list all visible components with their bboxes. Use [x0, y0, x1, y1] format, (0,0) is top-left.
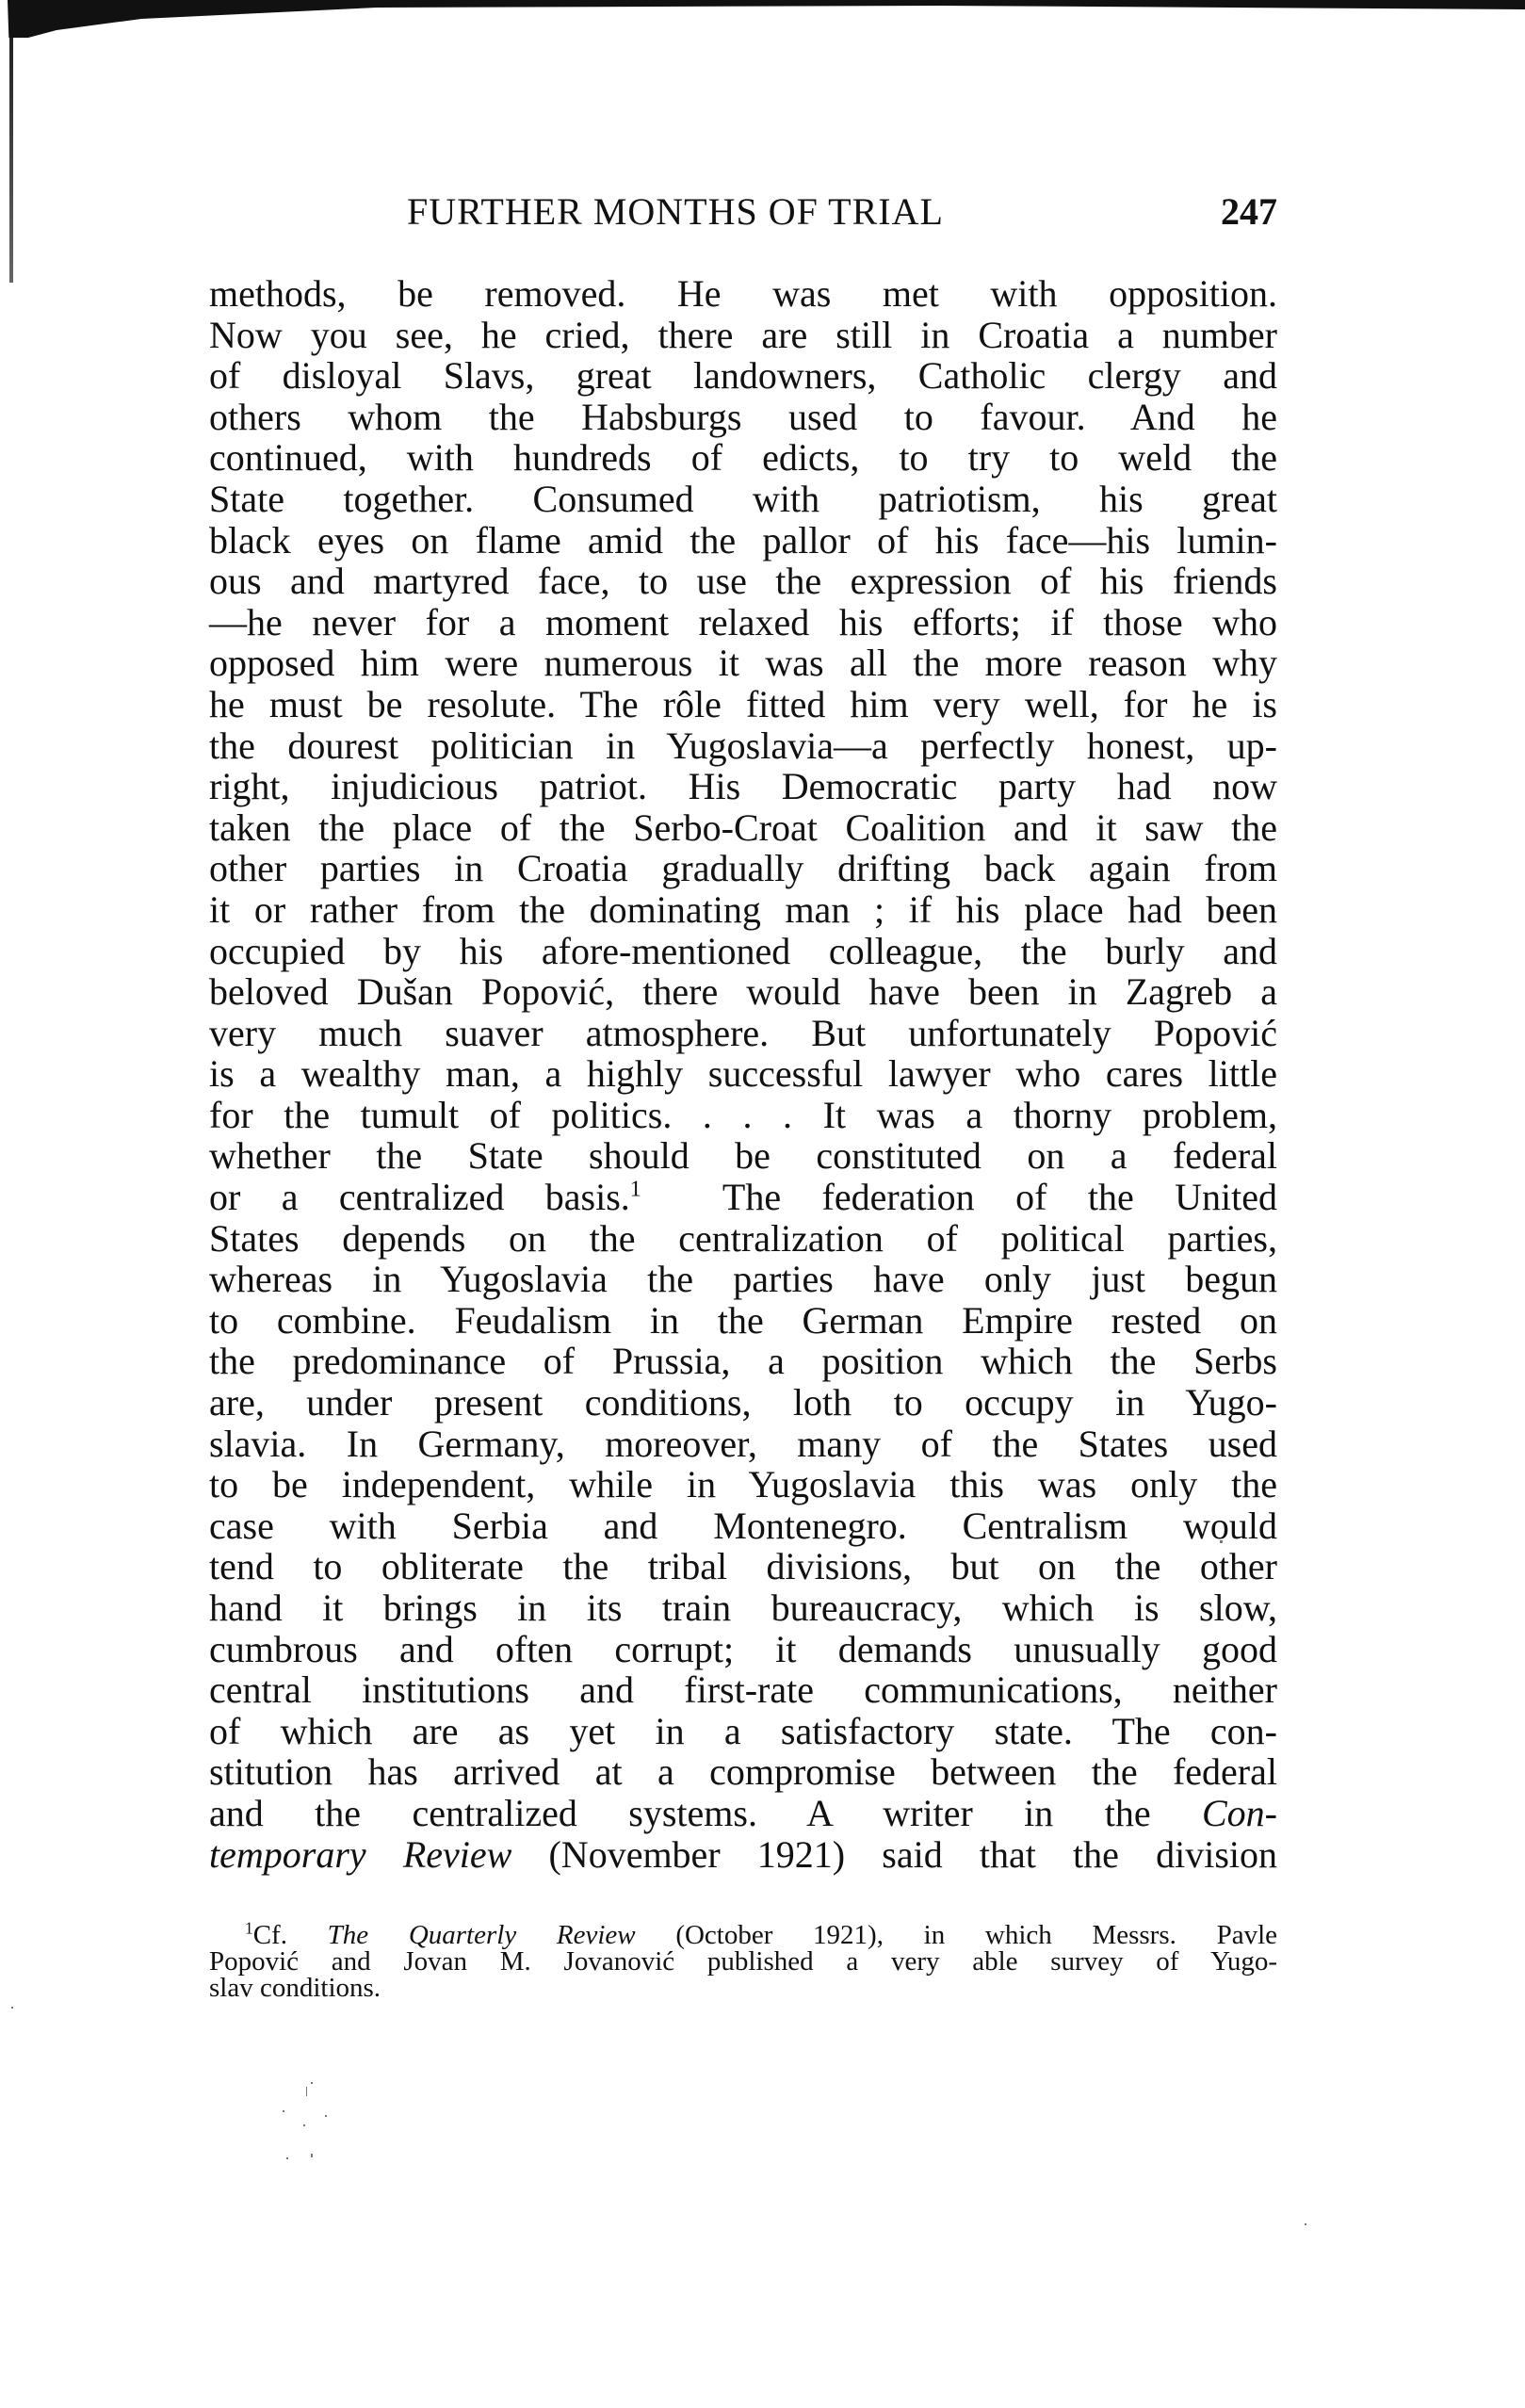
- text-line: to combine. Feudalism in the German Empi…: [209, 1300, 1277, 1342]
- text-line: State together. Consumed with patriotism…: [209, 479, 1277, 520]
- scan-shadow-top: [0, 0, 1525, 38]
- running-head: FURTHER MONTHS OF TRIAL 247: [209, 188, 1277, 236]
- text-line: the dourest politician in Yugoslavia—a p…: [209, 725, 1277, 767]
- text-line: ous and martyred face, to use the expres…: [209, 561, 1277, 602]
- text-segment: (November 1921) said that the division: [548, 1833, 1277, 1876]
- text-line: central institutions and first-rate comm…: [209, 1669, 1277, 1711]
- text-line-with-italic: and the centralized systems. A writer in…: [209, 1793, 1277, 1834]
- text-line: cumbrous and often corrupt; it demands u…: [209, 1629, 1277, 1670]
- text-line: beloved Dušan Popović, there would have …: [209, 971, 1277, 1013]
- text-line: right, injudicious patriot. His Democrat…: [209, 766, 1277, 807]
- text-line: taken the place of the Serbo-Croat Coali…: [209, 807, 1277, 849]
- text-line-with-footnote-ref: or a centralized basis.1 The federation …: [209, 1177, 1277, 1218]
- text-line: whereas in Yugoslavia the parties have o…: [209, 1259, 1277, 1300]
- text-segment: and the centralized systems. A writer in…: [209, 1792, 1151, 1834]
- text-line: is a wealthy man, a highly successful la…: [209, 1053, 1277, 1095]
- text-line: methods, be removed. He was met with opp…: [209, 273, 1277, 315]
- text-line: slavia. In Germany, moreover, many of th…: [209, 1424, 1277, 1465]
- footnote-line: Popović and Jovan M. Jovanović published…: [209, 1948, 1277, 1975]
- text-segment: or a centralized basis.: [209, 1176, 630, 1218]
- italic-title-fragment: temporary Review: [209, 1833, 511, 1876]
- text-line: case with Serbia and Montenegro. Central…: [209, 1505, 1277, 1547]
- page-number: 247: [1221, 188, 1277, 236]
- text-line: opposed him were numerous it was all the…: [209, 643, 1277, 684]
- running-title: FURTHER MONTHS OF TRIAL: [407, 188, 944, 236]
- text-segment: The federation of the United: [722, 1176, 1277, 1218]
- text-line: black eyes on flame amid the pallor of h…: [209, 520, 1277, 561]
- text-line: stitution has arrived at a compromise be…: [209, 1751, 1277, 1793]
- text-line: are, under present conditions, loth to o…: [209, 1382, 1277, 1424]
- text-line: to be independent, while in Yugoslavia t…: [209, 1464, 1277, 1505]
- text-line: very much suaver atmosphere. But unfortu…: [209, 1013, 1277, 1054]
- text-line: tend to obliterate the tribal divisions,…: [209, 1546, 1277, 1587]
- text-line: hand it brings in its train bureaucracy,…: [209, 1587, 1277, 1629]
- text-line: of disloyal Slavs, great landowners, Cat…: [209, 355, 1277, 397]
- footnote-line: slav conditions.: [209, 1975, 1277, 2001]
- footnote: 1Cf. The Quarterly Review (October 1921)…: [209, 1922, 1277, 2001]
- page-gutter-edge: [9, 38, 13, 283]
- footnote-marker: 1: [245, 1918, 253, 1937]
- text-line: it or rather from the dominating man ; i…: [209, 889, 1277, 931]
- italic-title-fragment: Con-: [1202, 1792, 1277, 1834]
- footnote-line: 1Cf. The Quarterly Review (October 1921)…: [209, 1922, 1277, 1948]
- footnote-reference[interactable]: 1: [630, 1178, 641, 1202]
- text-line: others whom the Habsburgs used to favour…: [209, 397, 1277, 438]
- text-line: occupied by his afore-mentioned colleagu…: [209, 931, 1277, 972]
- body-text: methods, be removed. He was met with opp…: [209, 273, 1277, 1875]
- text-line: whether the State should be constituted …: [209, 1135, 1277, 1177]
- text-line: continued, with hundreds of edicts, to t…: [209, 437, 1277, 479]
- text-line: —he never for a moment relaxed his effor…: [209, 602, 1277, 643]
- text-line: other parties in Croatia gradually drift…: [209, 848, 1277, 889]
- text-line: Now you see, he cried, there are still i…: [209, 315, 1277, 356]
- text-line: States depends on the centralization of …: [209, 1218, 1277, 1260]
- text-line: the predominance of Prussia, a position …: [209, 1341, 1277, 1382]
- text-line: for the tumult of politics. . . . It was…: [209, 1095, 1277, 1136]
- text-line: he must be resolute. The rôle fitted him…: [209, 684, 1277, 725]
- text-line: of which are as yet in a satisfactory st…: [209, 1711, 1277, 1752]
- text-line-with-italic: temporary Review (November 1921) said th…: [209, 1834, 1277, 1876]
